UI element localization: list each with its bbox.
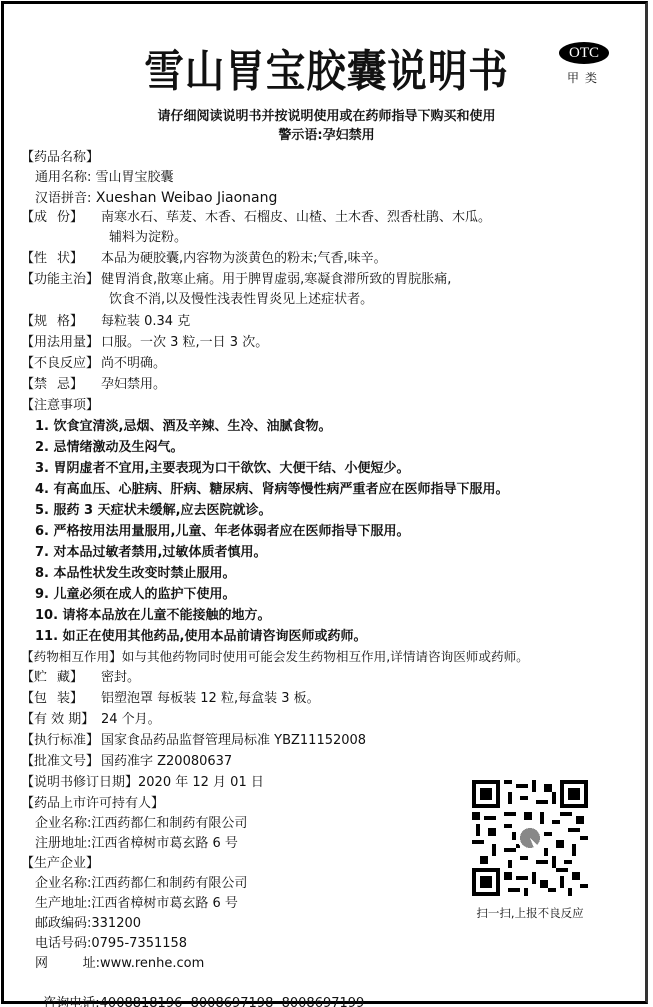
precaution-item: 3. 胃阴虚者不宜用,主要表现为口干欲饮、大便干结、小便短少。 bbox=[35, 459, 409, 479]
pinyin-label: 汉语拼音: bbox=[35, 191, 91, 206]
manufacturer-name-label: 企业名称: bbox=[35, 876, 91, 891]
packaging-value: 铝塑泡罩 每板装 12 粒,每盒装 3 板。 bbox=[101, 691, 320, 706]
pinyin-row: 汉语拼音: Xueshan Weibao Jiaonang bbox=[35, 188, 277, 209]
phone-label: 电话号码: bbox=[35, 936, 91, 951]
generic-name-label: 通用名称: bbox=[35, 170, 91, 185]
contraindications-label: 【禁忌】 bbox=[21, 375, 101, 395]
precaution-item: 8. 本品性状发生改变时禁止服用。 bbox=[35, 564, 236, 584]
specification-row: 【规格】每粒装 0.34 克 bbox=[21, 312, 190, 332]
postcode-label: 邮政编码: bbox=[35, 916, 91, 931]
precaution-item: 2. 忌情绪激动及生闷气。 bbox=[35, 438, 184, 458]
hotline-row: 咨询电话:4008818196 8008697198 8008697199 bbox=[35, 974, 364, 1007]
precautions-label: 【注意事项】 bbox=[21, 396, 99, 416]
ingredients-value: 南寒水石、荜茇、木香、石榴皮、山楂、土木香、烈香杜鹃、木瓜。 bbox=[101, 210, 491, 225]
adverse-reactions-label: 【不良反应】 bbox=[21, 354, 101, 374]
otc-class-label: 甲类 bbox=[565, 69, 605, 86]
storage-label: 【贮藏】 bbox=[21, 668, 101, 688]
validity-label: 【有 效 期】 bbox=[21, 710, 101, 730]
warning-text: 警示语:孕妇禁用 bbox=[0, 127, 653, 145]
phone-value: 0795-7351158 bbox=[91, 936, 187, 951]
properties-row: 【性状】本品为硬胶囊,内容物为淡黄色的粉末;气香,味辛。 bbox=[21, 249, 387, 269]
specification-label: 【规格】 bbox=[21, 312, 101, 332]
storage-row: 【贮藏】密封。 bbox=[21, 668, 140, 688]
interactions-label: 【药物相互作用】 bbox=[21, 649, 122, 664]
qr-code-icon[interactable] bbox=[472, 780, 588, 896]
interactions-value: 如与其他药物同时使用可能会发生药物相互作用,详情请咨询医师或药师。 bbox=[122, 649, 529, 664]
hotline-label: 咨询电话: bbox=[43, 996, 99, 1007]
dosage-value: 口服。一次 3 粒,一日 3 次。 bbox=[101, 335, 268, 350]
manufacturer-address-row: 生产地址:江西省樟树市葛玄路 6 号 bbox=[35, 894, 238, 914]
revision-value: 2020 年 12 月 01 日 bbox=[138, 775, 264, 790]
manufacturer-address-label: 生产地址: bbox=[35, 896, 91, 911]
approval-label: 【批准文号】 bbox=[21, 752, 101, 772]
manufacturer-address-value: 江西省樟树市葛玄路 6 号 bbox=[91, 896, 238, 911]
indications-label: 【功能主治】 bbox=[21, 270, 101, 290]
precaution-item: 1. 饮食宜清淡,忌烟、酒及辛辣、生冷、油腻食物。 bbox=[35, 417, 331, 437]
license-holder-address-value: 江西省樟树市葛玄路 6 号 bbox=[91, 836, 238, 851]
adverse-reactions-value: 尚不明确。 bbox=[101, 356, 166, 371]
interactions-row: 【药物相互作用】如与其他药物同时使用可能会发生药物相互作用,详情请咨询医师或药师… bbox=[21, 647, 529, 667]
validity-value: 24 个月。 bbox=[101, 712, 161, 727]
license-holder-address-label: 注册地址: bbox=[35, 836, 91, 851]
ingredients-excipient: 辅料为淀粉。 bbox=[109, 228, 187, 248]
precaution-item: 4. 有高血压、心脏病、肝病、糖尿病、肾病等慢性病严重者应在医师指导下服用。 bbox=[35, 480, 509, 500]
generic-name-value: 雪山胃宝胶囊 bbox=[96, 170, 174, 185]
section-drug-name: 【药品名称】 bbox=[21, 148, 99, 168]
website-link[interactable]: www.renhe.com bbox=[100, 956, 204, 971]
contraindications-row: 【禁忌】孕妇禁用。 bbox=[21, 375, 166, 395]
indications-value: 健胃消食,散寒止痛。用于脾胃虚弱,寒凝食滞所致的胃脘胀痛, bbox=[101, 272, 451, 287]
license-holder-name-row: 企业名称:江西药都仁和制药有限公司 bbox=[35, 814, 247, 834]
standard-label: 【执行标准】 bbox=[21, 731, 101, 751]
ingredients-row: 【成份】南寒水石、荜茇、木香、石榴皮、山楂、土木香、烈香杜鹃、木瓜。 bbox=[21, 208, 491, 228]
ingredients-label: 【成份】 bbox=[21, 208, 101, 228]
manufacturer-name-row: 企业名称:江西药都仁和制药有限公司 bbox=[35, 874, 247, 894]
license-holder-name-value: 江西药都仁和制药有限公司 bbox=[91, 816, 247, 831]
website-row: 网址:www.renhe.com bbox=[35, 954, 204, 974]
indications-row: 【功能主治】健胃消食,散寒止痛。用于脾胃虚弱,寒凝食滞所致的胃脘胀痛, bbox=[21, 270, 451, 290]
storage-value: 密封。 bbox=[101, 670, 140, 685]
dosage-label: 【用法用量】 bbox=[21, 333, 101, 353]
license-holder-name-label: 企业名称: bbox=[35, 816, 91, 831]
postcode-value: 331200 bbox=[91, 916, 141, 931]
adverse-reactions-row: 【不良反应】尚不明确。 bbox=[21, 354, 166, 374]
pinyin-value: Xueshan Weibao Jiaonang bbox=[96, 190, 278, 206]
properties-label: 【性状】 bbox=[21, 249, 101, 269]
properties-value: 本品为硬胶囊,内容物为淡黄色的粉末;气香,味辛。 bbox=[101, 251, 387, 266]
precaution-item: 7. 对本品过敏者禁用,过敏体质者慎用。 bbox=[35, 543, 266, 563]
manufacturer-section: 【生产企业】 bbox=[21, 854, 99, 874]
revision-label: 【说明书修订日期】 bbox=[21, 775, 138, 790]
license-holder-address-row: 注册地址:江西省樟树市葛玄路 6 号 bbox=[35, 834, 238, 854]
otc-badge: OTC bbox=[559, 42, 609, 64]
standard-value: 国家食品药品监督管理局标准 YBZ11152008 bbox=[101, 733, 366, 748]
precaution-item: 5. 服药 3 天症状未缓解,应去医院就诊。 bbox=[35, 501, 272, 521]
page-title: 雪山胃宝胶囊说明书 bbox=[33, 44, 621, 100]
standard-row: 【执行标准】国家食品药品监督管理局标准 YBZ11152008 bbox=[21, 731, 366, 751]
qr-caption: 扫一扫,上报不良反应 bbox=[462, 905, 598, 921]
website-label: 网址: bbox=[35, 954, 100, 974]
precaution-item: 10. 请将本品放在儿童不能接触的地方。 bbox=[35, 606, 271, 626]
validity-row: 【有 效 期】24 个月。 bbox=[21, 710, 161, 730]
approval-row: 【批准文号】国药准字 Z20080637 bbox=[21, 752, 232, 772]
phone-row: 电话号码:0795-7351158 bbox=[35, 934, 187, 954]
approval-value: 国药准字 Z20080637 bbox=[101, 754, 232, 769]
postcode-row: 邮政编码:331200 bbox=[35, 914, 141, 934]
specification-value: 每粒装 0.34 克 bbox=[101, 314, 190, 329]
revision-row: 【说明书修订日期】2020 年 12 月 01 日 bbox=[21, 773, 264, 793]
dosage-row: 【用法用量】口服。一次 3 粒,一日 3 次。 bbox=[21, 333, 268, 353]
packaging-row: 【包装】铝塑泡罩 每板装 12 粒,每盒装 3 板。 bbox=[21, 689, 320, 709]
usage-notice: 请仔细阅读说明书并按说明使用或在药师指导下购买和使用 bbox=[0, 108, 653, 126]
precaution-item: 6. 严格按用法用量服用,儿童、年老体弱者应在医师指导下服用。 bbox=[35, 522, 409, 542]
packaging-label: 【包装】 bbox=[21, 689, 101, 709]
manufacturer-name-value: 江西药都仁和制药有限公司 bbox=[91, 876, 247, 891]
precaution-item: 11. 如正在使用其他药品,使用本品前请咨询医师或药师。 bbox=[35, 627, 367, 647]
contraindications-value: 孕妇禁用。 bbox=[101, 377, 166, 392]
generic-name-row: 通用名称: 雪山胃宝胶囊 bbox=[35, 168, 174, 188]
hotline-value: 4008818196 8008697198 8008697199 bbox=[100, 996, 365, 1007]
indications-value-cont: 饮食不消,以及慢性浅表性胃炎见上述症状者。 bbox=[109, 290, 373, 310]
license-holder-section: 【药品上市许可持有人】 bbox=[21, 794, 164, 814]
precaution-item: 9. 儿童必须在成人的监护下使用。 bbox=[35, 585, 236, 605]
